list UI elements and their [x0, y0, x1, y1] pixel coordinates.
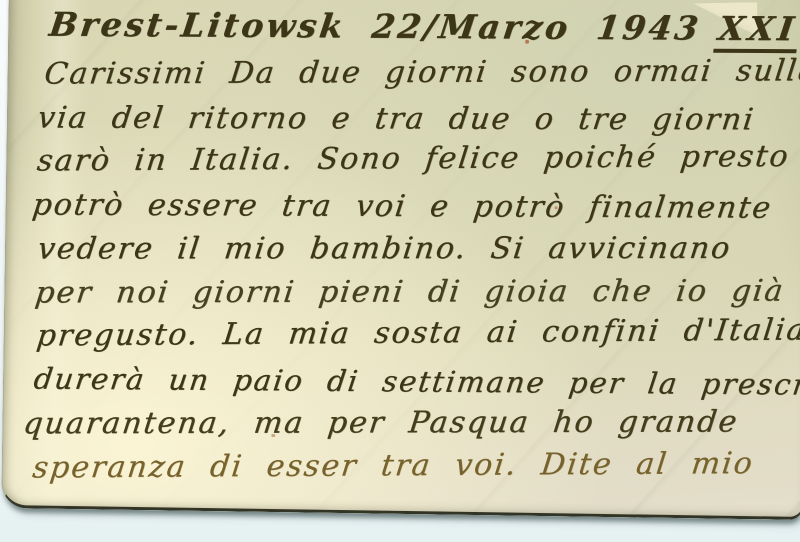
postcard: Brest-Litowsk 22/Marzo 1943XXI Carissimi…: [1, 0, 800, 520]
handwritten-line-4: potrò essere tra voi e potrò finalmente: [30, 187, 800, 225]
handwritten-line-5: vedere il mio bambino. Si avvicinano: [36, 231, 800, 267]
handwritten-line-3: sarò in Italia. Sono felice poiché prest…: [35, 139, 800, 179]
location-date: Brest-Litowsk 22/Marzo 1943: [47, 5, 703, 48]
handwritten-line-6: per noi giorni pieni di gioia che io già: [33, 274, 800, 311]
handwritten-line-8: durerà un paio di settimane per la presc…: [32, 362, 800, 402]
dateline: Brest-Litowsk 22/Marzo 1943XXI: [46, 5, 800, 54]
handwritten-line-7: pregusto. La mia sosta ai confini d'Ital…: [35, 312, 800, 353]
handwritten-line-9: quarantena, ma per Pasqua ho grande: [21, 404, 800, 441]
handwritten-line-1: Carissimi Da due giorni sono ormai sulla: [42, 53, 800, 91]
handwritten-line-10: speranza di esser tra voi. Dite al mio: [31, 446, 800, 486]
era-year: XXI: [714, 9, 800, 53]
handwritten-line-2: via del ritorno e tra due o tre giorni: [36, 101, 800, 138]
scan-background: Brest-Litowsk 22/Marzo 1943XXI Carissimi…: [0, 0, 800, 542]
